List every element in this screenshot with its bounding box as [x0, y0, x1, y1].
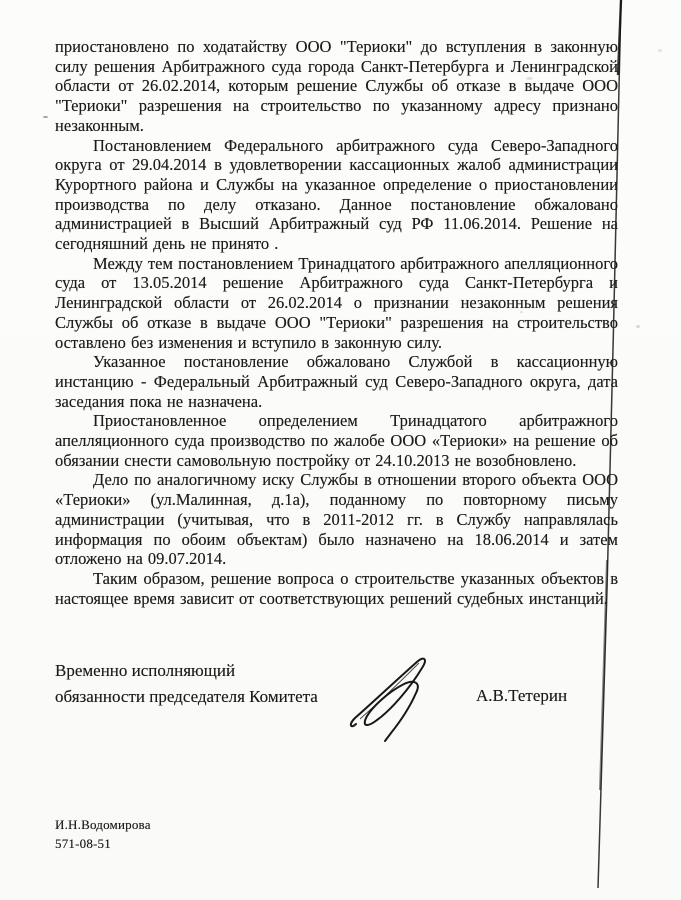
paragraph: Указанное постановление обжаловано Служб… — [55, 352, 618, 411]
handwritten-signature — [330, 648, 460, 763]
signer-position-line1: Временно исполняющий — [55, 658, 318, 684]
scan-speck — [526, 77, 533, 80]
scan-speck — [658, 49, 662, 52]
paragraph: приостановлено по ходатайству ООО "Терио… — [55, 37, 618, 136]
scanned-document-page: приостановлено по ходатайству ООО "Терио… — [0, 0, 681, 900]
signer-position-title: Временно исполняющий обязанности председ… — [55, 658, 318, 710]
scan-speck — [43, 116, 48, 118]
signer-position-line2: обязанности председателя Комитета — [55, 684, 318, 710]
scan-speck — [520, 311, 523, 313]
executor-block: И.Н.Водомирова 571-08-51 — [55, 815, 151, 853]
paragraph: Приостановленное определением Тринадцато… — [55, 411, 618, 470]
paragraph: Постановлением Федерального арбитражного… — [55, 136, 618, 254]
paragraph: Между тем постановлением Тринадцатого ар… — [55, 254, 618, 353]
paragraph: Таким образом, решение вопроса о строите… — [55, 569, 618, 608]
scan-speck — [636, 325, 640, 328]
signer-name: А.В.Тетерин — [476, 686, 567, 706]
document-body: приостановлено по ходатайству ООО "Терио… — [55, 37, 618, 608]
paragraph: Дело по аналогичному иску Службы в отнош… — [55, 470, 618, 569]
executor-name: И.Н.Водомирова — [55, 815, 151, 834]
executor-phone: 571-08-51 — [55, 834, 151, 853]
